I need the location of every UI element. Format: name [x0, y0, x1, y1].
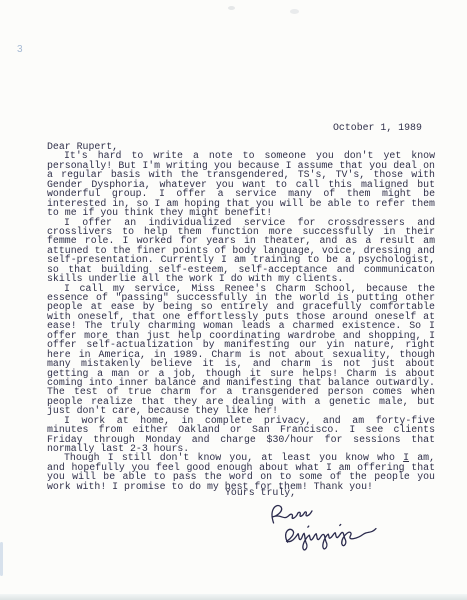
scan-edge-mark [0, 542, 3, 576]
signature-name-line2: Chinquapin [400, 498, 401, 499]
scan-smudge [290, 9, 299, 14]
letter-date: October 1, 1989 [333, 122, 422, 133]
signature-name-line1: Renee [400, 498, 401, 499]
scan-smudge [228, 6, 235, 10]
signature: Renee Chinquapin [260, 498, 400, 562]
page-bottom-edge [0, 594, 467, 600]
page-number: 3 [17, 44, 23, 55]
letter-page: 3 October 1, 1989 Dear Rupert,It's hard … [0, 0, 467, 600]
letter-closing: Yours truly, [225, 487, 296, 498]
signature-ink [258, 494, 401, 565]
letter-body: Dear Rupert,It's hard to write a note to… [47, 142, 435, 491]
